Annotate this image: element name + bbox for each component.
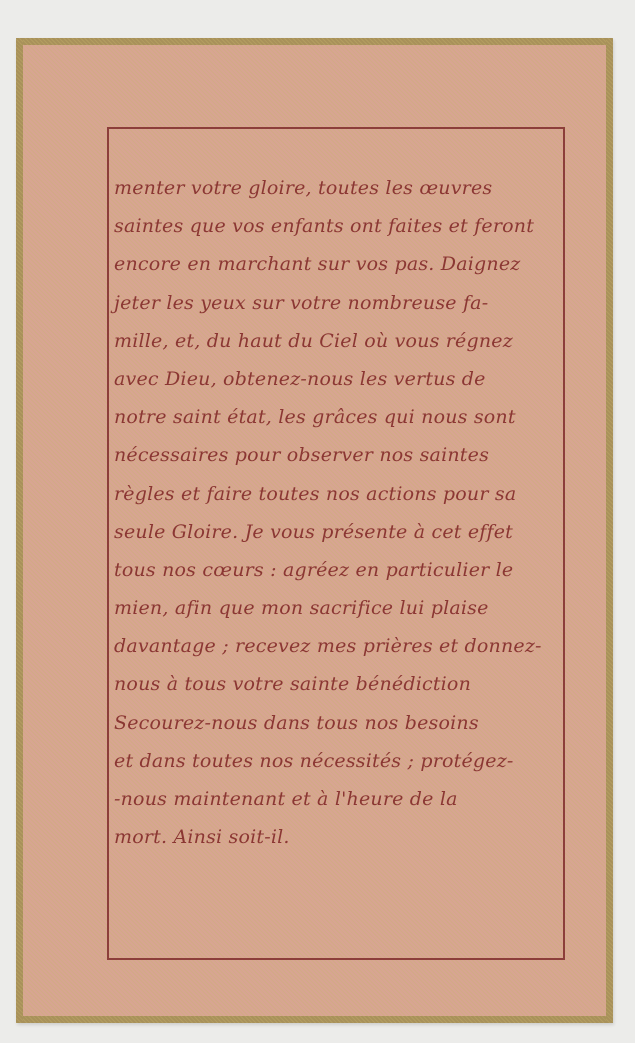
prayer-line: et dans toutes nos nécessités ; protégez… (114, 742, 559, 780)
prayer-line: seule Gloire. Je vous présente à cet eff… (114, 513, 559, 551)
prayer-line: davantage ; recevez mes prières et donne… (114, 627, 559, 665)
prayer-line: notre saint état, les grâces qui nous so… (114, 398, 559, 436)
prayer-line: mort. Ainsi soit-il. (114, 818, 559, 856)
prayer-line: jeter les yeux sur votre nombreuse fa- (114, 284, 559, 322)
prayer-line: mien, afin que mon sacrifice lui plaise (114, 589, 559, 627)
prayer-line: tous nos cœurs : agréez en particulier l… (114, 551, 559, 589)
prayer-line: avec Dieu, obtenez-nous les vertus de (114, 360, 559, 398)
prayer-line: -nous maintenant et à l'heure de la (114, 780, 559, 818)
prayer-line: nécessaires pour observer nos saintes (114, 436, 559, 474)
prayer-card: menter votre gloire, toutes les œuvres s… (16, 38, 613, 1023)
prayer-line: nous à tous votre sainte bénédiction (114, 665, 559, 703)
inner-frame: menter votre gloire, toutes les œuvres s… (107, 127, 565, 960)
prayer-line: saintes que vos enfants ont faites et fe… (114, 207, 559, 245)
prayer-text: menter votre gloire, toutes les œuvres s… (114, 169, 559, 856)
prayer-line: encore en marchant sur vos pas. Daignez (114, 245, 559, 283)
prayer-line: règles et faire toutes nos actions pour … (114, 475, 559, 513)
prayer-line: mille, et, du haut du Ciel où vous régne… (114, 322, 559, 360)
prayer-line: menter votre gloire, toutes les œuvres (114, 169, 559, 207)
prayer-line: Secourez-nous dans tous nos besoins (114, 704, 559, 742)
